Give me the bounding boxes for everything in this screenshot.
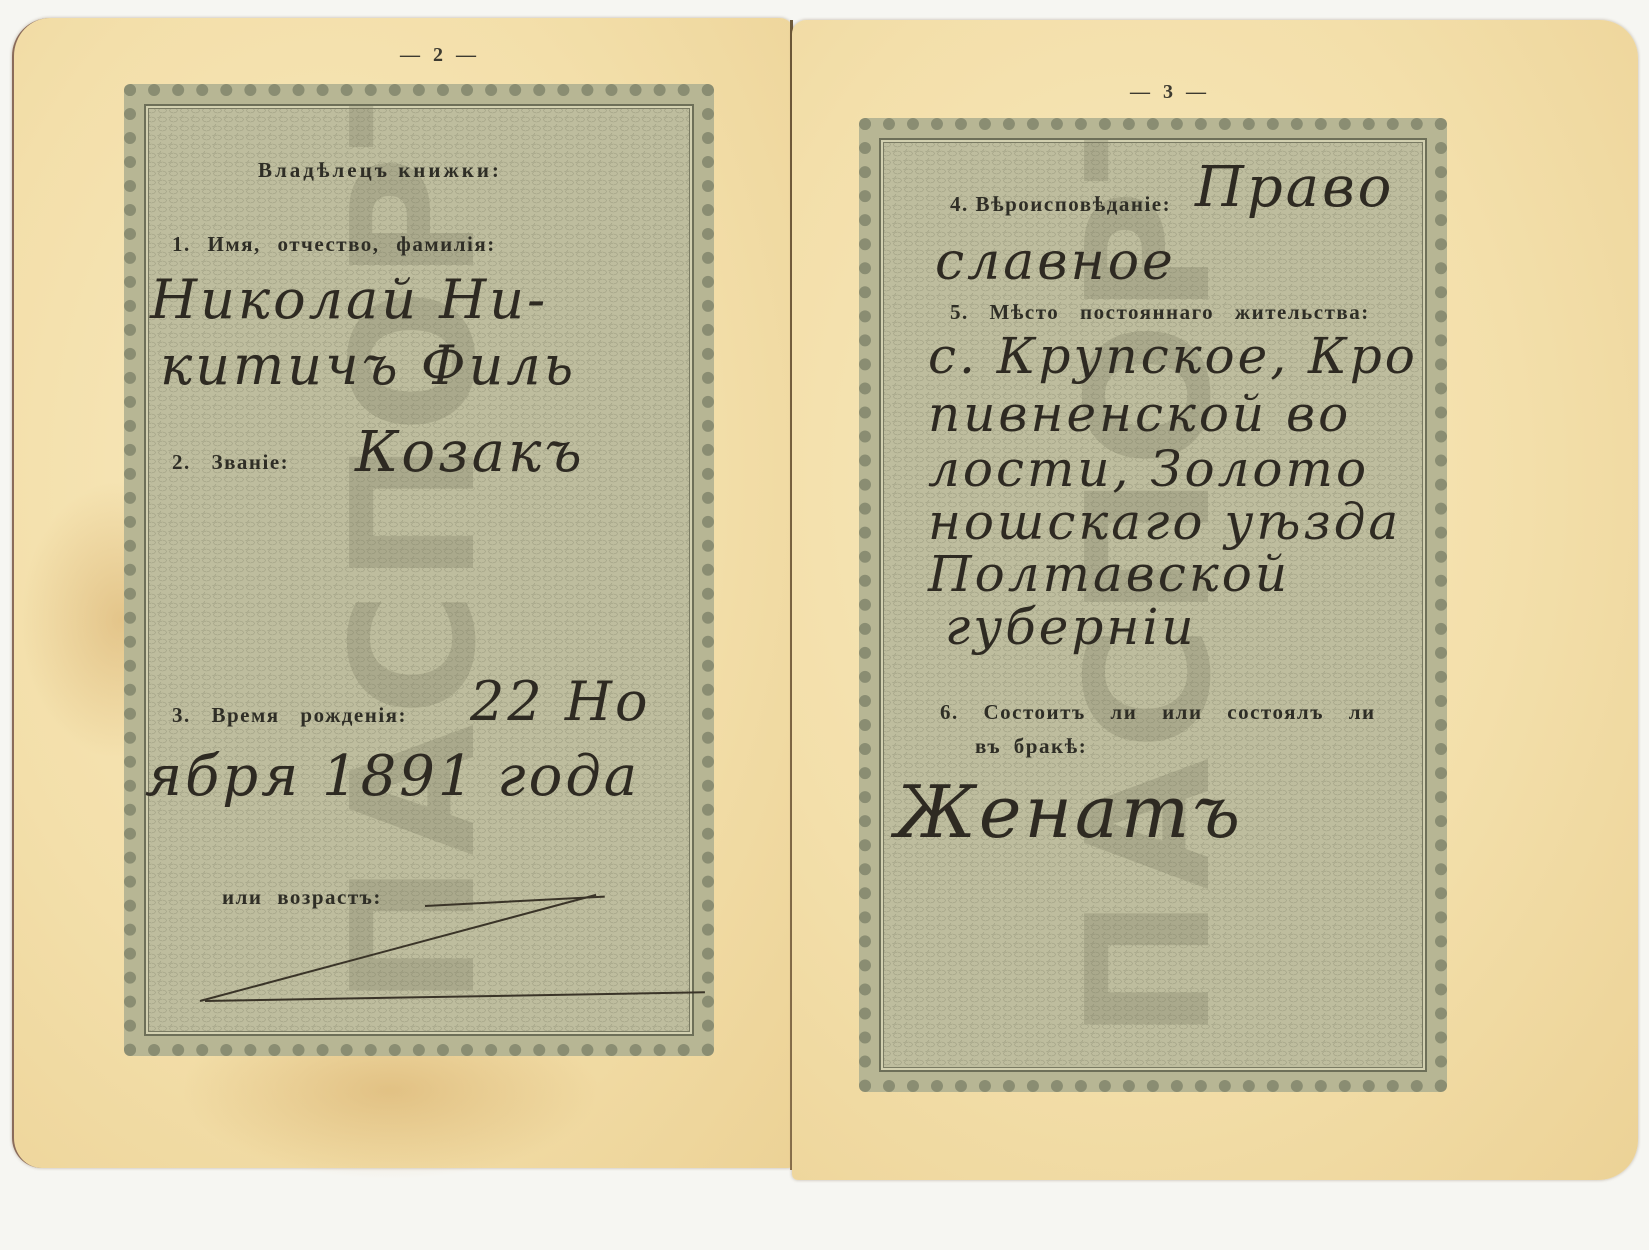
page-number-right: — 3 — bbox=[1130, 81, 1210, 104]
page-number-left: — 2 — bbox=[400, 44, 480, 67]
label-rank: 2. Званіе: bbox=[172, 450, 289, 475]
value-residence-line1: с. Крупское, Кро bbox=[928, 327, 1418, 385]
value-residence-line2: пивненской во bbox=[928, 385, 1351, 443]
value-birth-date-line2: ября 1891 года bbox=[145, 744, 640, 809]
value-religion-line1: Право bbox=[1195, 155, 1394, 220]
value-residence-line3: лости, Золото bbox=[928, 440, 1369, 498]
value-religion-line2: славное bbox=[935, 232, 1176, 292]
label-full-name: 1. Имя, отчество, фамилія: bbox=[172, 232, 496, 257]
left-guilloche-frame: ПАСПОРТ bbox=[124, 84, 714, 1056]
owner-heading: Владѣлецъ книжки: bbox=[258, 158, 502, 183]
value-full-name-line2: китичъ Филь bbox=[160, 334, 576, 397]
label-birth-date: 3. Время рожденія: bbox=[172, 703, 407, 728]
value-residence-line5: Полтавской bbox=[928, 545, 1290, 603]
label-religion: 4. Вѣроисповѣданіе: bbox=[950, 192, 1171, 217]
label-residence: 5. Мѣсто постояннаго жительства: bbox=[950, 300, 1370, 325]
label-age: или возрастъ: bbox=[222, 885, 382, 910]
value-full-name-line1: Николай Ни- bbox=[150, 268, 548, 331]
value-birth-date-line1: 22 Но bbox=[470, 670, 650, 733]
value-rank: Козакъ bbox=[355, 420, 585, 485]
label-marital-status-line2: въ бракѣ: bbox=[975, 734, 1087, 759]
label-marital-status-line1: 6. Состоитъ ли или состоялъ ли bbox=[940, 700, 1376, 725]
value-marital-status: Женатъ bbox=[895, 770, 1243, 854]
value-residence-line6: губерніи bbox=[945, 598, 1197, 656]
value-residence-line4: ношскаго уѣзда bbox=[928, 493, 1401, 551]
